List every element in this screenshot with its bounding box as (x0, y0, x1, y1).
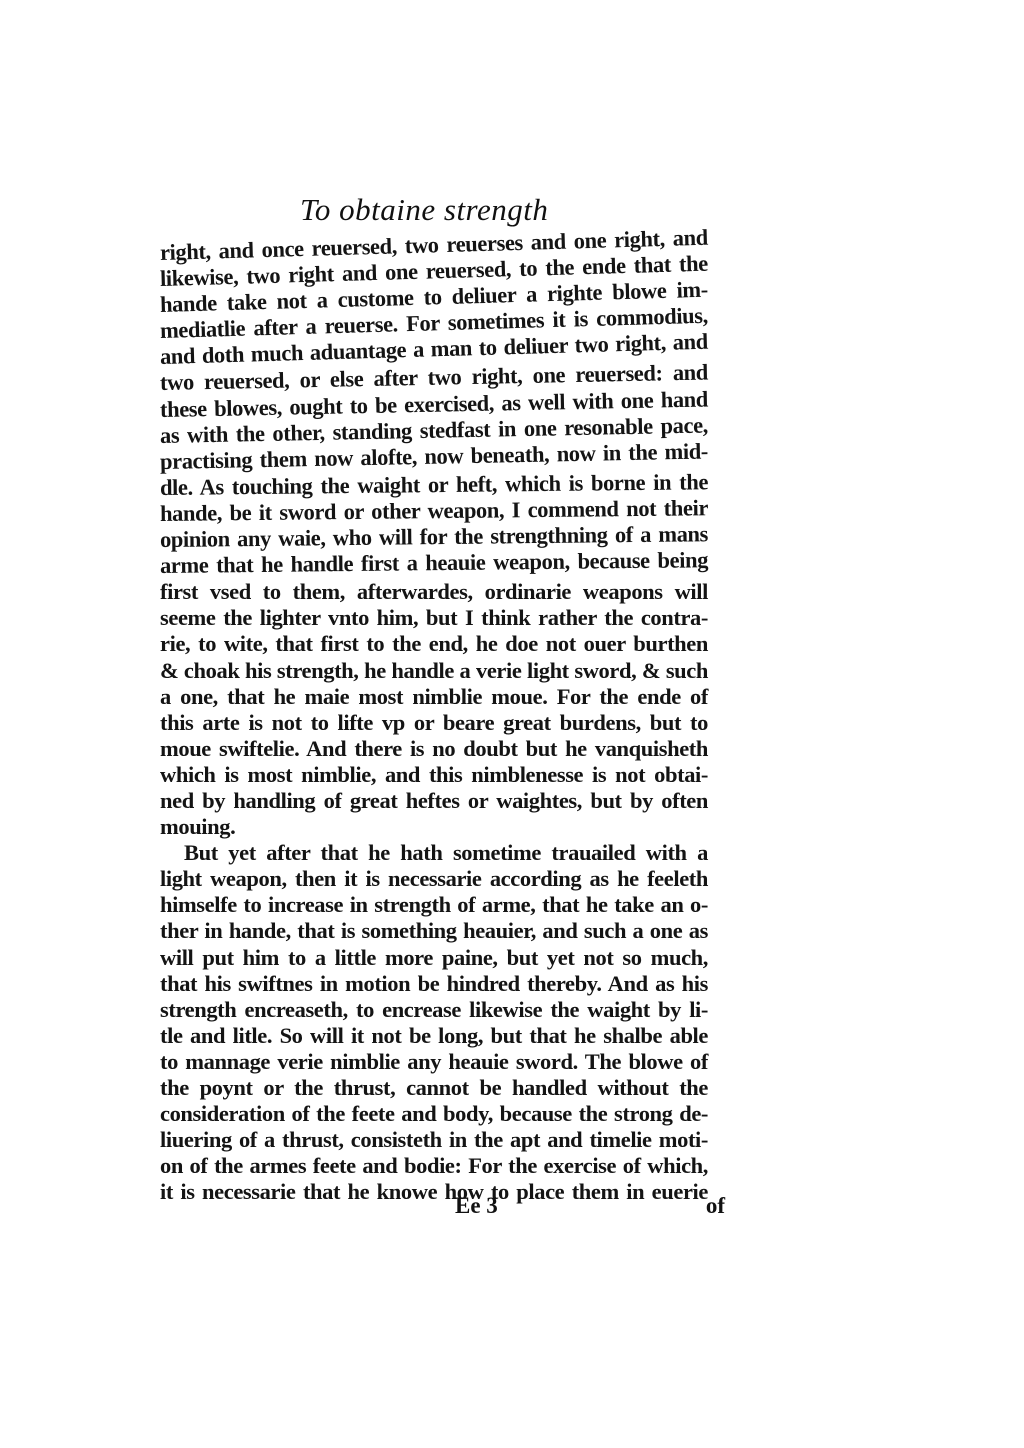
text-line: arme that he handle first a heauie weapo… (160, 547, 708, 579)
text-line: strength encreaseth, to encrease likewis… (160, 997, 708, 1023)
text-line: himselfe to increase in strength of arme… (160, 892, 708, 918)
text-line: tle and litle. So will it not be long, b… (160, 1023, 708, 1049)
text-line: mouing. (160, 814, 708, 840)
text-line: this arte is not to lifte vp or beare gr… (160, 710, 708, 736)
signature-mark: Ee 3 (455, 1193, 498, 1219)
text-line: will put him to a little more paine, but… (160, 945, 708, 971)
text-line: a one, that he maie most nimblie moue. F… (160, 684, 708, 710)
text-line: seeme the lighter vnto him, but I think … (160, 605, 708, 631)
text-line: on of the armes feete and bodie: For the… (160, 1153, 708, 1179)
text-line: first vsed to them, afterwardes, ordinar… (160, 579, 708, 605)
paragraph-first-line: But yet after that he hath sometime trau… (160, 840, 708, 866)
text-line: ther in hande, that is something heauier… (160, 918, 708, 944)
text-line: liuering of a thrust, consisteth in the … (160, 1127, 708, 1153)
body-text: right, and once reuersed, two reuerses a… (160, 240, 708, 1205)
page-footer: Ee 3 of (160, 1193, 725, 1223)
text-line: consideration of the feete and body, bec… (160, 1101, 708, 1127)
text-line: light weapon, then it is necessarie acco… (160, 866, 708, 892)
text-line: to mannage verie nimblie any heauie swor… (160, 1049, 708, 1075)
running-head: To obtaine strength (300, 192, 600, 228)
catchword: of (706, 1193, 725, 1219)
text-line: the poynt or the thrust, cannot be handl… (160, 1075, 708, 1101)
text-line: & choak his strength, he handle a verie … (160, 658, 708, 684)
scanned-book-page: To obtaine strength right, and once reue… (0, 0, 1024, 1448)
text-line: rie, to wite, that first to the end, he … (160, 631, 708, 657)
text-line: moue swiftelie. And there is no doubt bu… (160, 736, 708, 762)
text-line: ned by handling of great heftes or waigh… (160, 788, 708, 814)
text-line: which is most nimblie, and this nimblene… (160, 762, 708, 788)
text-line: that his swiftnes in motion be hindred t… (160, 971, 708, 997)
